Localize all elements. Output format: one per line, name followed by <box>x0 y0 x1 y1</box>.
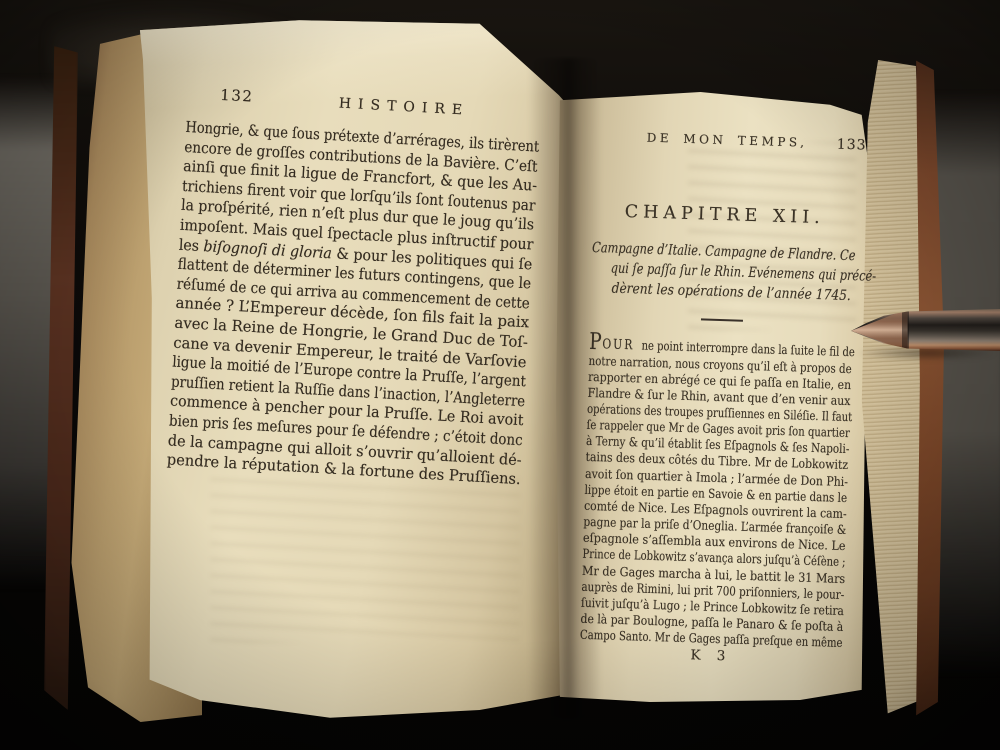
chapter-heading: CHAPITRE XII. <box>593 200 857 230</box>
section-rule <box>700 319 742 322</box>
right-page-number: 133 <box>837 137 867 154</box>
right-page-body: POUR ne point interrompre dans la ſuite … <box>580 333 853 651</box>
right-page-text-block: DE MON TEMPS, 133 CHAPITRE XII. Campagne… <box>579 126 859 669</box>
chapter-argument: Campagne d’Italie. Campagne de Flandre. … <box>591 239 856 307</box>
left-page-text-block: 132 HISTOIRE Hongrie, & que ſous prétext… <box>166 82 541 490</box>
left-page-body: Hongrie, & que ſous prétexte d’arrérages… <box>166 118 539 490</box>
photo-of-open-antique-book: 132 HISTOIRE Hongrie, & que ſous prétext… <box>0 0 1000 750</box>
book-gutter-shadow <box>528 58 602 720</box>
showthrough-text-ghost-left-page <box>210 478 520 643</box>
